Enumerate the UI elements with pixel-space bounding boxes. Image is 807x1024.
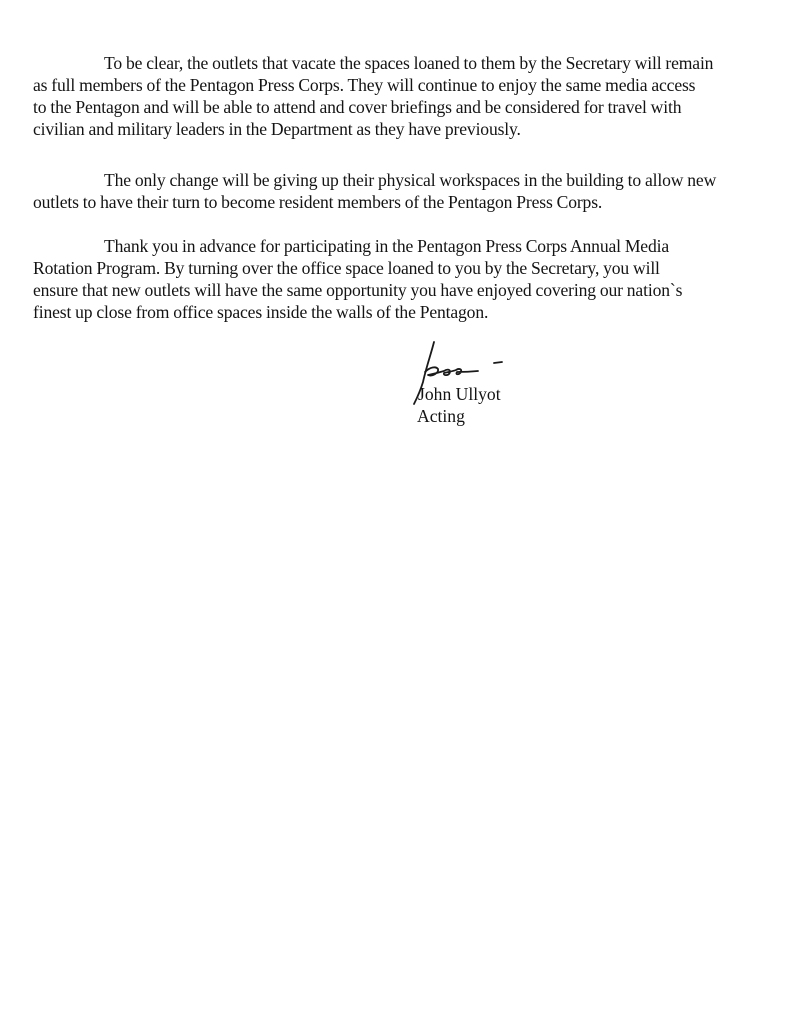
letter-page: To be clear, the outlets that vacate the… (0, 0, 807, 1024)
paragraph-thank-you: Thank you in advance for participating i… (33, 235, 773, 323)
paragraph-line: finest up close from office spaces insid… (33, 301, 773, 323)
paragraph-line: outlets to have their turn to become res… (33, 191, 773, 213)
signer-name: John Ullyot (418, 383, 501, 405)
paragraph-line: civilian and military leaders in the Dep… (33, 118, 773, 140)
paragraph-media-access: To be clear, the outlets that vacate the… (33, 52, 773, 140)
paragraph-line: Thank you in advance for participating i… (33, 235, 773, 257)
signer-title: Acting (417, 405, 465, 427)
paragraph-line: To be clear, the outlets that vacate the… (33, 52, 773, 74)
paragraph-line: as full members of the Pentagon Press Co… (33, 74, 773, 96)
signature-block: John Ullyot Acting (412, 338, 592, 438)
paragraph-line: ensure that new outlets will have the sa… (33, 279, 773, 301)
paragraph-line: to the Pentagon and will be able to atte… (33, 96, 773, 118)
paragraph-only-change: The only change will be giving up their … (33, 169, 773, 213)
paragraph-line: Rotation Program. By turning over the of… (33, 257, 773, 279)
paragraph-line: The only change will be giving up their … (33, 169, 773, 191)
